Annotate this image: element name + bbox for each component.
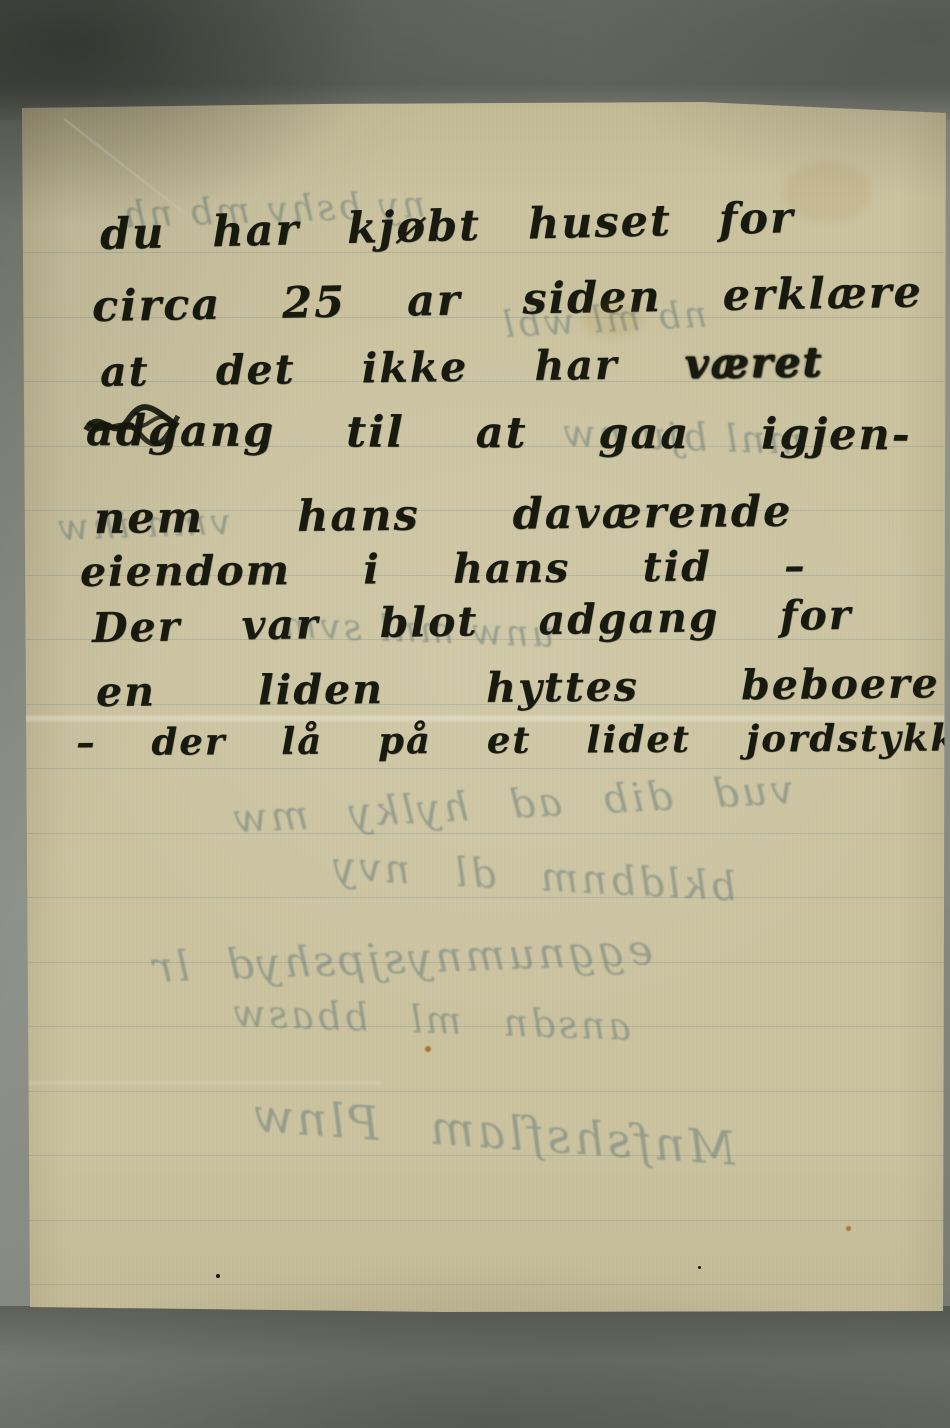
photograph-backdrop: ny bshv mb nh nb ml wbl mnl bju nw vmn i… [0,0,950,1428]
ruled-line [22,1220,944,1221]
letter-page: ny bshv mb nh nb ml wbl mnl bju nw vmn i… [22,102,946,1312]
ruled-line [22,833,944,834]
ink-speck [698,1266,701,1269]
handwriting-line-4: adgang til at gaa igjen- [86,406,912,460]
handwriting-line-6: eiendom i hans tid – [80,542,807,596]
paper-stain [582,302,642,338]
rust-stain [846,1226,851,1231]
handwriting-line-7: Der var blot adgang for [92,591,853,652]
fold-crease-secondary [22,1080,382,1086]
rust-stain [425,1046,431,1052]
ghost-line: Mnfshsflam Plnw [249,1088,738,1177]
ruled-line [22,1091,944,1092]
paper-stain [782,162,872,222]
ghost-line: vud dib ad hylky mw [229,767,794,842]
overwritten-word: været [684,338,823,388]
ink-speck [216,1274,220,1278]
handwriting-line-2: circa 25 ar siden erklære [92,268,924,332]
ghost-line: ansdn ml bbasw [229,991,631,1049]
handwriting-line-3-text: at det ikke har [100,341,619,396]
handwriting-line-3: at det ikke har været [100,338,824,396]
handwriting-line-8: en liden hyttes beboere [96,659,940,716]
ruled-line [22,768,944,769]
ghost-line: eggnumnysjpshyd lr [149,925,653,992]
handwriting-line-9: – der lå på et lidet jordstykke [76,715,950,764]
ruled-line [22,1284,944,1285]
backdrop-top-shadow [0,0,950,120]
backdrop-bottom-shadow [0,1306,950,1428]
ink-strikeout-scribble [80,400,182,450]
handwriting-line-5: nem hans daværende [94,487,793,544]
ghost-line: bkldbnm dl nvy [329,843,737,910]
